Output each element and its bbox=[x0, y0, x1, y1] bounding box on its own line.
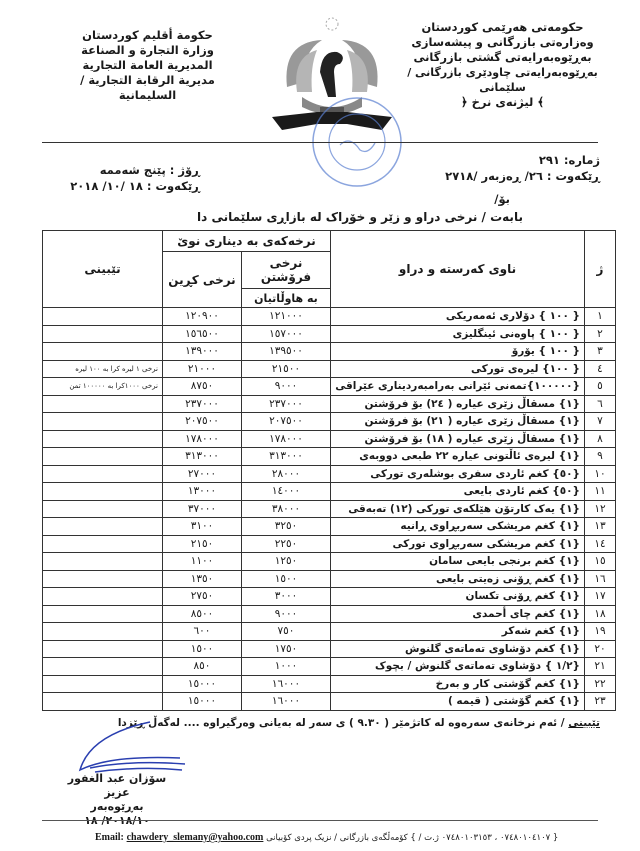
subject-line: بابەت / نرخی دراو و زێر و خۆراک لە بازاڕ… bbox=[170, 210, 550, 224]
buy-price: ٢١٠٠٠ bbox=[163, 360, 242, 378]
table-row: ٧{١} مسقاڵ زێری عیارە ( ٢١) بۆ فرۆشتن٢٠٧… bbox=[43, 413, 616, 431]
table-row: ١٨{١} کغم چای أحمدی٩٠٠٠٨٥٠٠ bbox=[43, 605, 616, 623]
buy-price: ١٣٠٠٠ bbox=[163, 483, 242, 501]
buy-price: ٢٧٥٠ bbox=[163, 588, 242, 606]
item-name: {١} لیرەی ئاڵتونی عیارە ٢٢ طبعی دووبەی bbox=[331, 448, 585, 466]
footer-phones: ٠٧٤٨٠١٠٤١٠٧ ، ٠٧٤٨٠١٠٣١٥٣ bbox=[442, 833, 551, 843]
recipient-label: بۆ/ bbox=[494, 192, 510, 206]
row-number: ٢٣ bbox=[585, 693, 616, 711]
table-row: ١{ ١٠٠ } دۆلاری ئەمەریکی١٢١٠٠٠١٢٠٩٠٠ bbox=[43, 308, 616, 326]
footer: Email: chawdery_slemany@yahoo.com { ٠٧٤٨… bbox=[95, 832, 635, 843]
row-number: ٦ bbox=[585, 395, 616, 413]
item-name: {١} کغم مریشکی سەربڕاوی ڕانیە bbox=[331, 518, 585, 536]
item-name: {١} کغم چای أحمدی bbox=[331, 605, 585, 623]
date-block: ڕۆژ : پێنج شەممە ڕێکەوت : ١٨ /١٠/ ٢٠١٨ bbox=[60, 162, 200, 194]
buy-price: ١٥٦٥٠٠ bbox=[163, 325, 242, 343]
sell-price: ٢١٥٠٠ bbox=[242, 360, 331, 378]
header-line: بەڕێوەبەرایەتی چاودێری بازرگانی / سلێمان… bbox=[395, 65, 610, 95]
table-row: ٢١{١/٢ } دۆشاوی تەماتەی گلنوش / بچوک١٠٠٠… bbox=[43, 658, 616, 676]
row-note bbox=[43, 693, 163, 711]
item-name: {١} کغم ڕۆنی زەیتی بایعی bbox=[331, 570, 585, 588]
header-name: ناوی کەرستە و دراو bbox=[331, 231, 585, 308]
row-note bbox=[43, 553, 163, 571]
sell-price: ١٧٨٠٠٠ bbox=[242, 430, 331, 448]
header-line: حکومەتی هەرێمی کوردستان bbox=[395, 20, 610, 35]
row-number: ٣ bbox=[585, 343, 616, 361]
row-note bbox=[43, 325, 163, 343]
row-note bbox=[43, 640, 163, 658]
buy-price: ١٥٠٠٠ bbox=[163, 693, 242, 711]
item-name: {١} کغم برنجی بایعی سامان bbox=[331, 553, 585, 571]
reference-number: ژمارە: ٢٩١ bbox=[445, 152, 600, 168]
table-row: ٢٣{١} کغم گۆشتی ( قیمە )١٦٠٠٠١٥٠٠٠ bbox=[43, 693, 616, 711]
row-note bbox=[43, 570, 163, 588]
buy-price: ١١٠٠ bbox=[163, 553, 242, 571]
buy-price: ٨٥٠ bbox=[163, 658, 242, 676]
header-divider bbox=[42, 142, 598, 143]
sell-price: ١٤٠٠٠ bbox=[242, 483, 331, 501]
sell-price: ٧٥٠ bbox=[242, 623, 331, 641]
table-row: ١١{٥٠} کغم ئاردی بایعی١٤٠٠٠١٣٠٠٠ bbox=[43, 483, 616, 501]
header-no: ژ bbox=[585, 231, 616, 308]
item-name: {١} کغم دۆشاوی تەماتەی گلنوش bbox=[331, 640, 585, 658]
buy-price: ٨٥٠٠ bbox=[163, 605, 242, 623]
sell-price: ٢٠٧٥٠٠ bbox=[242, 413, 331, 431]
item-name: { ١٠٠ } دۆلاری ئەمەریکی bbox=[331, 308, 585, 326]
day-label: ڕۆژ : پێنج شەممە bbox=[60, 162, 200, 178]
header-line: بەڕێوەبەرایەتی گشتی بازرگانی bbox=[395, 50, 610, 65]
row-note bbox=[43, 588, 163, 606]
row-number: ٩ bbox=[585, 448, 616, 466]
row-note bbox=[43, 518, 163, 536]
table-row: ١٥{١} کغم برنجی بایعی سامان١٢٥٠١١٠٠ bbox=[43, 553, 616, 571]
buy-price: ٣١٠٠ bbox=[163, 518, 242, 536]
buy-price: ٢٧٠٠٠ bbox=[163, 465, 242, 483]
footer-address: کۆمەڵگەی بازرگانی / نزیک پردی کۆبیانی bbox=[266, 833, 408, 843]
buy-price: ٢١٥٠ bbox=[163, 535, 242, 553]
table-row: ١٧{١} کغم ڕۆنی تکسان٣٠٠٠٢٧٥٠ bbox=[43, 588, 616, 606]
buy-price: ٢٠٧٥٠٠ bbox=[163, 413, 242, 431]
kurdish-date: ڕێکەوت : ٢٦/ ڕەزبەر /٢٧١٨ bbox=[445, 168, 600, 184]
table-row: ٢{ ١٠٠ } پاوەنی ئینگلیزی١٥٧٠٠٠١٥٦٥٠٠ bbox=[43, 325, 616, 343]
buy-price: ١٥٠٠٠ bbox=[163, 675, 242, 693]
table-row: ٨{١} مسقاڵ زێری عیارە ( ١٨) بۆ فرۆشتن١٧٨… bbox=[43, 430, 616, 448]
row-number: ٥ bbox=[585, 378, 616, 396]
row-number: ١٣ bbox=[585, 518, 616, 536]
sell-price: ١٢٥٠ bbox=[242, 553, 331, 571]
buy-price: ٣١٣٠٠٠ bbox=[163, 448, 242, 466]
sell-price: ١٣٩٥٠٠ bbox=[242, 343, 331, 361]
row-number: ١ bbox=[585, 308, 616, 326]
item-name: {١} مسقاڵ زێری عیارە ( ٢٤) بۆ فرۆشتن bbox=[331, 395, 585, 413]
item-name: {١} کغم گۆشتی کار و بەرخ bbox=[331, 675, 585, 693]
table-row: ١٦{١} کغم ڕۆنی زەیتی بایعی١٥٠٠١٣٥٠ bbox=[43, 570, 616, 588]
header-kurdish: حکومەتی هەرێمی کوردستان وەزارەتی بازرگان… bbox=[395, 20, 610, 110]
row-number: ١٠ bbox=[585, 465, 616, 483]
item-name: {١/٢ } دۆشاوی تەماتەی گلنوش / بچوک bbox=[331, 658, 585, 676]
buy-price: ١٥٠٠ bbox=[163, 640, 242, 658]
footer-divider bbox=[42, 820, 598, 821]
row-number: ٨ bbox=[585, 430, 616, 448]
sell-price: ١٥٠٠ bbox=[242, 570, 331, 588]
table-row: ٤{ ١٠٠} لیرەی تورکی٢١٥٠٠٢١٠٠٠نرخی ١ لیرە… bbox=[43, 360, 616, 378]
table-row: ٣{ ١٠٠ } یۆرۆ١٣٩٥٠٠١٣٩٠٠٠ bbox=[43, 343, 616, 361]
row-number: ١٦ bbox=[585, 570, 616, 588]
header-line: المديرية العامة التجارية bbox=[55, 58, 240, 73]
row-note bbox=[43, 448, 163, 466]
price-table: ژ ناوی کەرستە و دراو نرخەکەی بە دیناری ن… bbox=[42, 230, 616, 711]
email-label: Email: bbox=[95, 832, 124, 843]
row-note bbox=[43, 675, 163, 693]
sell-price: ٣٨٠٠٠ bbox=[242, 500, 331, 518]
header-buy: نرخی کڕین bbox=[163, 252, 242, 308]
sell-price: ١٠٠٠ bbox=[242, 658, 331, 676]
signature-date: ٢٠١٨/١٠/ ١٨ bbox=[62, 814, 172, 828]
row-note bbox=[43, 465, 163, 483]
buy-price: ١٧٨٠٠٠ bbox=[163, 430, 242, 448]
committee-title: ﴾ لیژنەی نرخ ﴿ bbox=[395, 95, 610, 110]
header-arabic: حكومة أقليم كوردستان وزارة التجارة و الص… bbox=[55, 28, 240, 103]
row-note bbox=[43, 430, 163, 448]
reference-block: ژمارە: ٢٩١ ڕێکەوت : ٢٦/ ڕەزبەر /٢٧١٨ bbox=[445, 152, 600, 184]
row-number: ١٤ bbox=[585, 535, 616, 553]
email-link[interactable]: chawdery_slemany@yahoo.com bbox=[127, 832, 264, 843]
row-number: ٢٠ bbox=[585, 640, 616, 658]
buy-price: ١٢٠٩٠٠ bbox=[163, 308, 242, 326]
header-line: وەزارەتی بازرگانی و پیشەسازی bbox=[395, 35, 610, 50]
row-note bbox=[43, 395, 163, 413]
row-number: ٤ bbox=[585, 360, 616, 378]
sell-price: ١٦٠٠٠ bbox=[242, 693, 331, 711]
table-row: ٢٢{١} کغم گۆشتی کار و بەرخ١٦٠٠٠١٥٠٠٠ bbox=[43, 675, 616, 693]
sell-price: ١٢١٠٠٠ bbox=[242, 308, 331, 326]
table-row: ١٣{١} کغم مریشکی سەربڕاوی ڕانیە٣٢٥٠٣١٠٠ bbox=[43, 518, 616, 536]
row-note bbox=[43, 483, 163, 501]
buy-price: ١٣٩٠٠٠ bbox=[163, 343, 242, 361]
row-note: نرخی ١٠٠٠کرا بە ١٠٠٠٠٠ تمن bbox=[43, 378, 163, 396]
buy-price: ٦٠٠ bbox=[163, 623, 242, 641]
item-name: {٥٠} کغم ئاردی سفری بوشلەری تورکی bbox=[331, 465, 585, 483]
sell-price: ٢٣٧٠٠٠ bbox=[242, 395, 331, 413]
item-name: {١٠٠٠٠٠}تمەنی ئێرانی بەرامبەردیناری عێرا… bbox=[331, 378, 585, 396]
row-number: ١٥ bbox=[585, 553, 616, 571]
item-name: { ١٠٠ } پاوەنی ئینگلیزی bbox=[331, 325, 585, 343]
sell-price: ٢٢٥٠ bbox=[242, 535, 331, 553]
header-sell-sub: بە هاوڵاتیان bbox=[242, 289, 331, 308]
sell-price: ٣٢٥٠ bbox=[242, 518, 331, 536]
table-row: ١٩{١} کغم شەکر٧٥٠٦٠٠ bbox=[43, 623, 616, 641]
row-number: ١٧ bbox=[585, 588, 616, 606]
item-name: {١} یەک کارتۆن هێلکەی تورکی (١٢) تەبەقی bbox=[331, 500, 585, 518]
row-note bbox=[43, 658, 163, 676]
row-note bbox=[43, 343, 163, 361]
row-number: ٢٢ bbox=[585, 675, 616, 693]
item-name: {٥٠} کغم ئاردی بایعی bbox=[331, 483, 585, 501]
row-note bbox=[43, 500, 163, 518]
header-price-group: نرخەکەی بە دیناری نوێ bbox=[163, 231, 331, 252]
sell-price: ١٧٥٠ bbox=[242, 640, 331, 658]
sell-price: ٢٨٠٠٠ bbox=[242, 465, 331, 483]
row-number: ١٩ bbox=[585, 623, 616, 641]
row-note: نرخی ١ لیرە کرا بە ١٠٠ لیرە bbox=[43, 360, 163, 378]
gregorian-date: ڕێکەوت : ١٨ /١٠/ ٢٠١٨ bbox=[60, 178, 200, 194]
row-note bbox=[43, 413, 163, 431]
item-name: {١} مسقاڵ زێری عیارە ( ٢١) بۆ فرۆشتن bbox=[331, 413, 585, 431]
item-name: {١} کغم گۆشتی ( قیمە ) bbox=[331, 693, 585, 711]
row-note bbox=[43, 535, 163, 553]
sell-price: ٩٠٠٠ bbox=[242, 605, 331, 623]
header-note: تێبینی bbox=[43, 231, 163, 308]
buy-price: ٢٣٧٠٠٠ bbox=[163, 395, 242, 413]
sell-price: ٩٠٠٠ bbox=[242, 378, 331, 396]
item-name: {١} کغم شەکر bbox=[331, 623, 585, 641]
signer-title: بەڕێوەبەر bbox=[62, 800, 172, 814]
sell-price: ١٦٠٠٠ bbox=[242, 675, 331, 693]
signer-name: سۆزان عبد الغفور عزیز bbox=[62, 772, 172, 800]
row-note bbox=[43, 623, 163, 641]
sell-price: ٣٠٠٠ bbox=[242, 588, 331, 606]
item-name: {١} کغم مریشکی سەربڕاوی تورکی bbox=[331, 535, 585, 553]
table-row: ٦{١} مسقاڵ زێری عیارە ( ٢٤) بۆ فرۆشتن٢٣٧… bbox=[43, 395, 616, 413]
table-row: ٥{١٠٠٠٠٠}تمەنی ئێرانی بەرامبەردیناری عێر… bbox=[43, 378, 616, 396]
item-name: {١} مسقاڵ زێری عیارە ( ١٨) بۆ فرۆشتن bbox=[331, 430, 585, 448]
table-row: ١٤{١} کغم مریشکی سەربڕاوی تورکی٢٢٥٠٢١٥٠ bbox=[43, 535, 616, 553]
header-line: حكومة أقليم كوردستان bbox=[55, 28, 240, 43]
row-number: ١٨ bbox=[585, 605, 616, 623]
sell-price: ١٥٧٠٠٠ bbox=[242, 325, 331, 343]
table-row: ٩{١} لیرەی ئاڵتونی عیارە ٢٢ طبعی دووبەی٣… bbox=[43, 448, 616, 466]
sell-price: ٣١٣٠٠٠ bbox=[242, 448, 331, 466]
row-number: ٧ bbox=[585, 413, 616, 431]
header-line: وزارة التجارة و الصناعة bbox=[55, 43, 240, 58]
row-number: ٢١ bbox=[585, 658, 616, 676]
row-number: ١١ bbox=[585, 483, 616, 501]
header-line: مديرية الرقابة التجارية / السليمانية bbox=[55, 73, 240, 103]
buy-price: ٨٧٥٠ bbox=[163, 378, 242, 396]
row-number: ٢ bbox=[585, 325, 616, 343]
buy-price: ٣٧٠٠٠ bbox=[163, 500, 242, 518]
header-sell: نرخی فرۆشتن bbox=[242, 252, 331, 289]
row-note bbox=[43, 308, 163, 326]
footnote-label: تێبینی bbox=[568, 717, 600, 729]
table-row: ١٠{٥٠} کغم ئاردی سفری بوشلەری تورکی٢٨٠٠٠… bbox=[43, 465, 616, 483]
item-name: { ١٠٠ } یۆرۆ bbox=[331, 343, 585, 361]
row-note bbox=[43, 605, 163, 623]
buy-price: ١٣٥٠ bbox=[163, 570, 242, 588]
table-row: ٢٠{١} کغم دۆشاوی تەماتەی گلنوش١٧٥٠١٥٠٠ bbox=[43, 640, 616, 658]
item-name: { ١٠٠} لیرەی تورکی bbox=[331, 360, 585, 378]
row-number: ١٢ bbox=[585, 500, 616, 518]
item-name: {١} کغم ڕۆنی تکسان bbox=[331, 588, 585, 606]
footer-phone-prefix: ژ.ت / bbox=[419, 833, 439, 843]
table-row: ١٢{١} یەک کارتۆن هێلکەی تورکی (١٢) تەبەق… bbox=[43, 500, 616, 518]
